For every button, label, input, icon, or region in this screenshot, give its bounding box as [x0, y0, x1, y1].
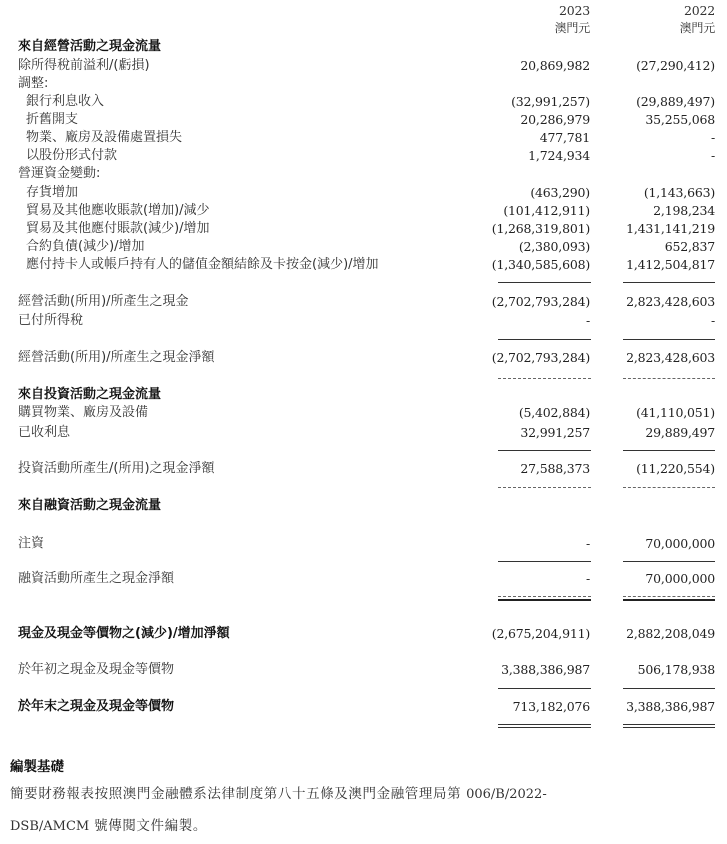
value-2022: 70,000,000 — [575, 570, 715, 588]
value-2022: 70,000,000 — [575, 535, 715, 553]
double-underline — [498, 724, 591, 728]
value-2023: (32,991,257) — [450, 93, 590, 111]
row-label: 於年末之現金及現金等價物 — [18, 698, 174, 716]
row-label: 經營活動(所用)/所產生之現金 — [18, 293, 189, 311]
value-2022: (27,290,412) — [575, 57, 715, 75]
value-2023: 20,286,979 — [450, 111, 590, 129]
value-2023: (1,340,585,608) — [450, 256, 590, 274]
double-underline — [623, 724, 715, 728]
row-interest-received: 已收利息 32,991,257 29,889,497 — [0, 424, 727, 442]
basis-title: 編製基礎 — [10, 755, 64, 775]
value-2022: (29,889,497) — [575, 93, 715, 111]
total-dashed-rule — [623, 378, 715, 379]
subtotal-rule — [498, 450, 591, 451]
value-2022: (41,110,051) — [575, 404, 715, 422]
value-2022: - — [575, 147, 715, 165]
row-label: 以股份形式付款 — [26, 147, 117, 165]
row-label: 物業、廠房及設備處置損失 — [26, 129, 182, 147]
subtotal-rule — [498, 688, 591, 689]
row-label: 於年初之現金及現金等價物 — [18, 661, 174, 679]
row-label: 貿易及其他應收賬款(增加)/減少 — [26, 202, 210, 220]
value-2023: (101,412,911) — [450, 202, 590, 220]
section-title-operating: 來自經營活動之現金流量 — [18, 38, 161, 56]
value-2023: - — [450, 312, 590, 330]
row-bank-interest: 銀行利息收入 (32,991,257) (29,889,497) — [0, 93, 727, 111]
value-2022: 1,412,504,817 — [575, 256, 715, 274]
value-2022: (11,220,554) — [575, 460, 715, 478]
row-label: 注資 — [18, 535, 44, 553]
row-label: 購買物業、廠房及設備 — [18, 404, 148, 422]
subtotal-rule — [498, 282, 591, 283]
row-label: 銀行利息收入 — [26, 93, 104, 111]
value-2022: (1,143,663) — [575, 184, 715, 202]
row-label: 經營活動(所用)/所產生之現金淨額 — [18, 349, 215, 367]
value-2022: - — [575, 312, 715, 330]
total-rule — [623, 596, 715, 601]
row-label: 存貨增加 — [26, 184, 78, 202]
value-2023: (2,702,793,284) — [450, 349, 590, 367]
row-label: 應付持卡人或帳戶持有人的儲值金額結餘及卡按金(減少)/增加 — [26, 256, 379, 274]
basis-paragraph-line-1: 簡要財務報表按照澳門金融體系法律制度第八十五條及澳門金融管理局第 006/B/2… — [10, 784, 710, 805]
row-net-change: 現金及現金等價物之(減少)/增加淨額 (2,675,204,911) 2,882… — [0, 625, 727, 643]
total-dashed-rule — [498, 487, 591, 488]
value-2023: (5,402,884) — [450, 404, 590, 422]
subtotal-rule — [623, 688, 715, 689]
basis-paragraph-line-2: DSB/AMCM 號傳閱文件編製。 — [10, 816, 710, 837]
subtotal-rule — [498, 561, 591, 562]
row-closing-cash: 於年末之現金及現金等價物 713,182,076 3,388,386,987 — [0, 698, 727, 716]
value-2023: 20,869,982 — [450, 57, 590, 75]
value-2023: - — [450, 535, 590, 553]
basis-circular-code: 006/B/2022- — [466, 787, 547, 802]
value-2023: 32,991,257 — [450, 424, 590, 442]
row-profit-before-tax: 除所得稅前溢利/(虧損) 20,869,982 (27,290,412) — [0, 57, 727, 75]
total-dashed-rule — [498, 378, 591, 379]
row-receivables: 貿易及其他應收賬款(增加)/減少 (101,412,911) 2,198,234 — [0, 202, 727, 220]
subtotal-rule — [623, 450, 715, 451]
value-2022: 652,837 — [575, 238, 715, 256]
row-net-financing: 融資活動所產生之現金淨額 - 70,000,000 — [0, 570, 727, 588]
value-2022: 2,823,428,603 — [575, 293, 715, 311]
total-dashed-rule — [623, 487, 715, 488]
row-label: 現金及現金等價物之(減少)/增加淨額 — [18, 625, 230, 643]
value-2023: (2,380,093) — [450, 238, 590, 256]
row-label: 貿易及其他應付賬款(減少)/增加 — [26, 220, 210, 238]
working-capital-label: 營運資金變動: — [18, 165, 100, 183]
row-cash-generated: 經營活動(所用)/所產生之現金 (2,702,793,284) 2,823,42… — [0, 293, 727, 311]
row-capital-injection: 注資 - 70,000,000 — [0, 535, 727, 553]
value-2023: (463,290) — [450, 184, 590, 202]
row-label: 已付所得稅 — [18, 312, 83, 330]
value-2022: 1,431,141,219 — [575, 220, 715, 238]
value-2023: 3,388,386,987 — [450, 661, 590, 679]
total-rule — [498, 596, 591, 601]
row-disposal-loss: 物業、廠房及設備處置損失 477,781 - — [0, 129, 727, 147]
basis-text-cn-end: 號傳閱文件編製。 — [94, 818, 207, 834]
value-2022: 2,823,428,603 — [575, 349, 715, 367]
row-opening-cash: 於年初之現金及現金等價物 3,388,386,987 506,178,938 — [0, 661, 727, 679]
value-2023: 477,781 — [450, 129, 590, 147]
value-2022: - — [575, 129, 715, 147]
value-2022: 2,198,234 — [575, 202, 715, 220]
section-title-investing: 來自投資活動之現金流量 — [18, 386, 161, 404]
row-label: 除所得稅前溢利/(虧損) — [18, 57, 150, 75]
currency-header-2023: 澳門元 — [450, 19, 590, 37]
value-2023: 1,724,934 — [450, 147, 590, 165]
row-inventory: 存貨增加 (463,290) (1,143,663) — [0, 184, 727, 202]
value-2022: 35,255,068 — [575, 111, 715, 129]
subtotal-rule — [623, 339, 715, 340]
row-label: 融資活動所產生之現金淨額 — [18, 570, 174, 588]
row-label: 投資活動所產生/(所用)之現金淨額 — [18, 460, 215, 478]
value-2022: 2,882,208,049 — [575, 625, 715, 643]
value-2023: 27,588,373 — [450, 460, 590, 478]
value-2022: 3,388,386,987 — [575, 698, 715, 716]
currency-header-2022: 澳門元 — [575, 19, 715, 37]
value-2022: 29,889,497 — [575, 424, 715, 442]
section-title-financing: 來自融資活動之現金流量 — [18, 497, 161, 515]
subtotal-rule — [623, 282, 715, 283]
value-2022: 506,178,938 — [575, 661, 715, 679]
basis-text-cn: 簡要財務報表按照澳門金融體系法律制度第八十五條及澳門金融管理局第 — [10, 786, 461, 802]
row-share-based-payment: 以股份形式付款 1,724,934 - — [0, 147, 727, 165]
row-label: 已收利息 — [18, 424, 70, 442]
row-payables: 貿易及其他應付賬款(減少)/增加 (1,268,319,801) 1,431,1… — [0, 220, 727, 238]
row-tax-paid: 已付所得稅 - - — [0, 312, 727, 330]
year-header-2022: 2022 — [575, 2, 715, 20]
value-2023: 713,182,076 — [450, 698, 590, 716]
row-label: 折舊開支 — [26, 111, 78, 129]
value-2023: (2,675,204,911) — [450, 625, 590, 643]
value-2023: - — [450, 570, 590, 588]
row-stored-value: 應付持卡人或帳戶持有人的儲值金額結餘及卡按金(減少)/增加 (1,340,585… — [0, 256, 727, 274]
row-purchase-ppe: 購買物業、廠房及設備 (5,402,884) (41,110,051) — [0, 404, 727, 422]
value-2023: (2,702,793,284) — [450, 293, 590, 311]
row-contract-liabilities: 合約負債(減少)/增加 (2,380,093) 652,837 — [0, 238, 727, 256]
row-label: 合約負債(減少)/增加 — [26, 238, 145, 256]
subtotal-rule — [498, 339, 591, 340]
row-net-investing: 投資活動所產生/(所用)之現金淨額 27,588,373 (11,220,554… — [0, 460, 727, 478]
adjustments-label: 調整: — [18, 75, 48, 93]
row-net-operating: 經營活動(所用)/所產生之現金淨額 (2,702,793,284) 2,823,… — [0, 349, 727, 367]
subtotal-rule — [623, 561, 715, 562]
value-2023: (1,268,319,801) — [450, 220, 590, 238]
basis-circular-code-cont: DSB/AMCM — [10, 819, 89, 834]
row-depreciation: 折舊開支 20,286,979 35,255,068 — [0, 111, 727, 129]
year-header-2023: 2023 — [450, 2, 590, 20]
